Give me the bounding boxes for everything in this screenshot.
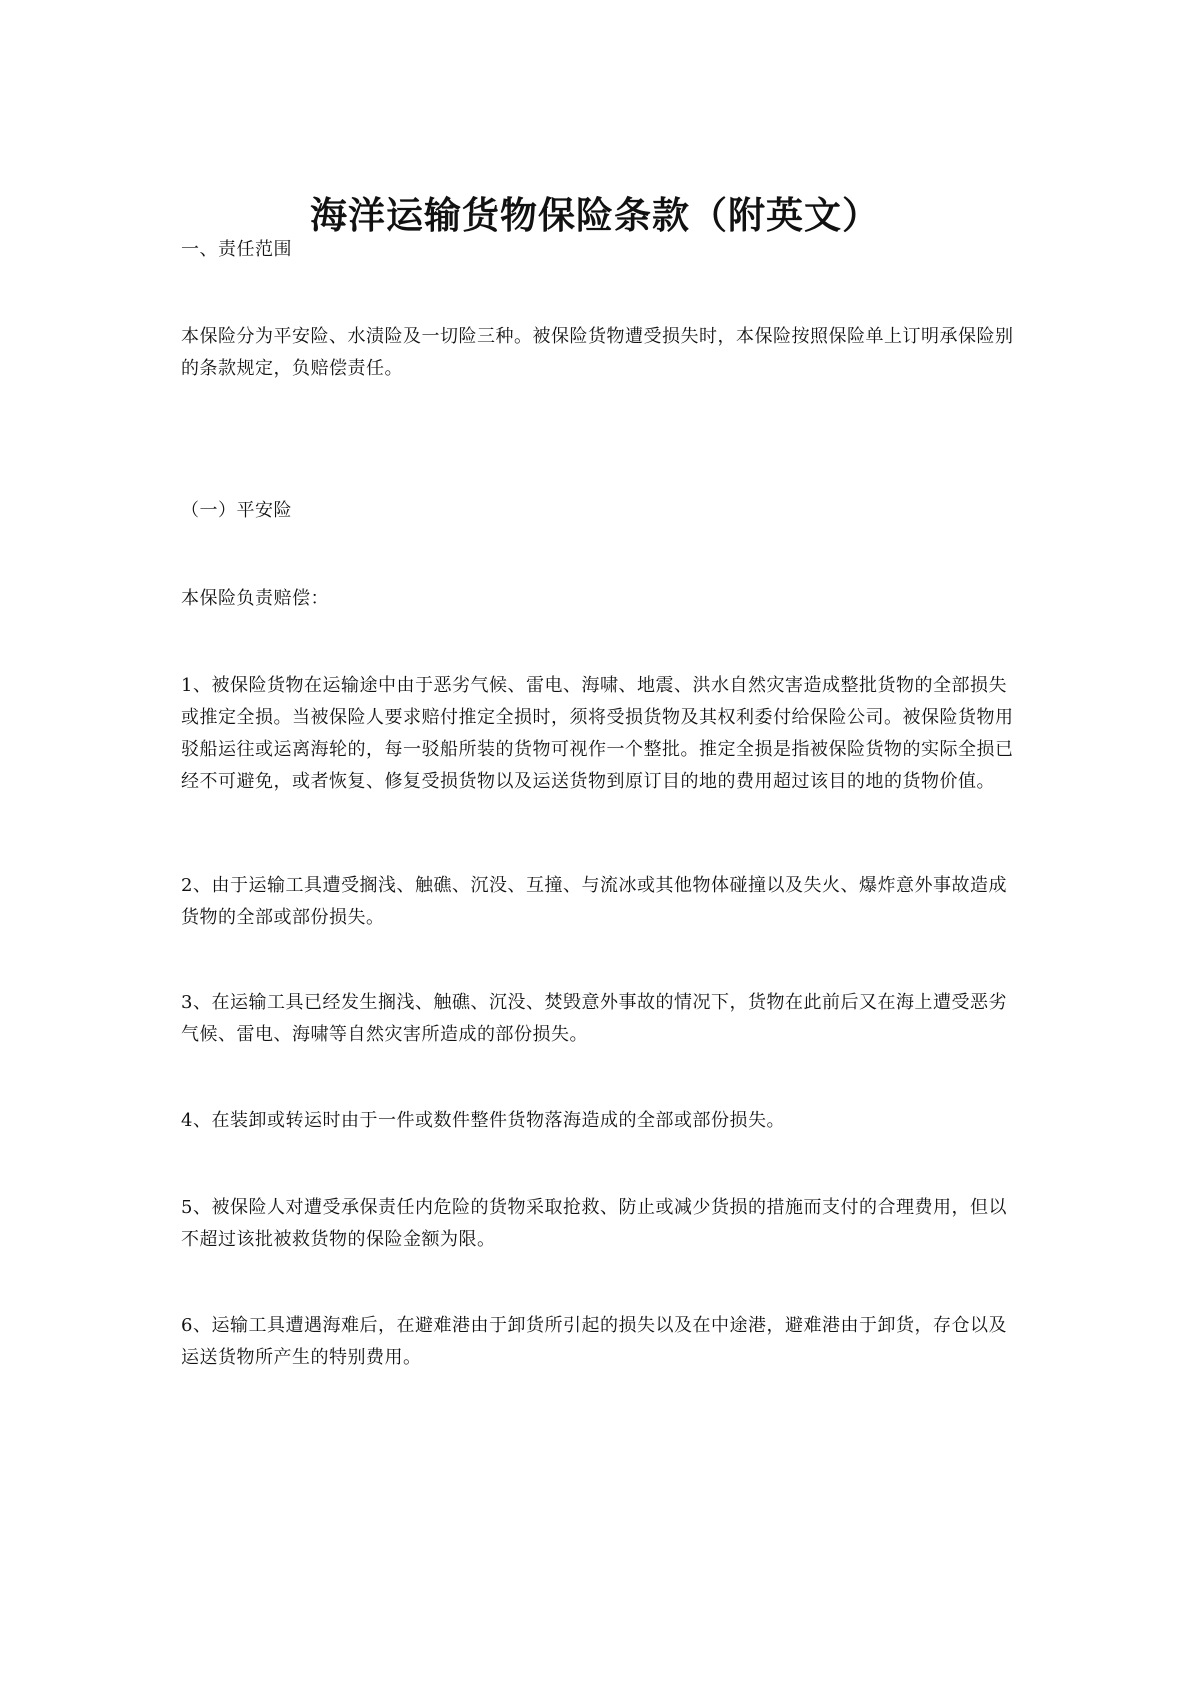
- intro-paragraph: 本保险分为平安险、水渍险及一切险三种。被保险货物遭受损失时，本保险按照保险单上订…: [181, 321, 1016, 385]
- clause-6: 6、运输工具遭遇海难后，在避难港由于卸货所引起的损失以及在中途港，避难港由于卸货…: [181, 1310, 1016, 1374]
- clause-5: 5、被保险人对遭受承保责任内危险的货物采取抢救、防止或减少货损的措施而支付的合理…: [181, 1192, 1016, 1256]
- section-heading: 一、责任范围: [181, 234, 1016, 266]
- document-title: 海洋运输货物保险条款（附英文）: [0, 185, 1190, 239]
- clause-3: 3、在运输工具已经发生搁浅、触礁、沉没、焚毁意外事故的情况下，货物在此前后又在海…: [181, 987, 1016, 1051]
- clause-2: 2、由于运输工具遭受搁浅、触礁、沉没、互撞、与流冰或其他物体碰撞以及失火、爆炸意…: [181, 870, 1016, 934]
- clause-1: 1、被保险货物在运输途中由于恶劣气候、雷电、海啸、地震、洪水自然灾害造成整批货物…: [181, 670, 1016, 798]
- clause-4: 4、在装卸或转运时由于一件或数件整件货物落海造成的全部或部份损失。: [181, 1105, 1016, 1137]
- subsection-heading: （一）平安险: [181, 495, 1016, 527]
- coverage-lead: 本保险负责赔偿：: [181, 583, 1016, 615]
